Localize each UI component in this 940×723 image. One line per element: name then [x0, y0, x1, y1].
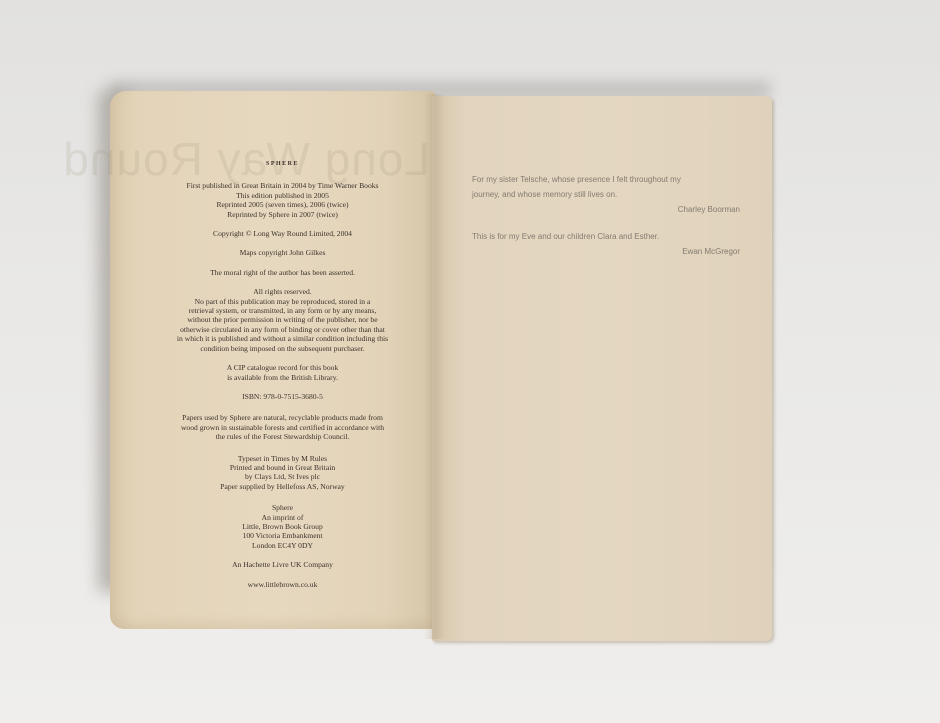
- company-line: An Hachette Livre UK Company: [145, 560, 420, 569]
- dedication-line: journey, and whose memory still lives on…: [472, 187, 740, 202]
- paper-line: the rules of the Forest Stewardship Coun…: [145, 432, 420, 441]
- copyright-line: Copyright © Long Way Round Limited, 2004: [145, 229, 420, 238]
- dedication-mcgregor: This is for my Eve and our children Clar…: [472, 229, 740, 259]
- imprint-text: SPHERE First published in Great Britain …: [145, 160, 420, 589]
- history-line: Reprinted by Sphere in 2007 (twice): [145, 210, 420, 219]
- maps-copyright: Maps copyright John Gilkes: [145, 248, 420, 257]
- cip-line: is available from the British Library.: [145, 373, 420, 382]
- history-line: This edition published in 2005: [145, 191, 420, 200]
- open-book: Long Way Round SPHERE First published in…: [0, 0, 940, 723]
- rights-line: No part of this publication may be repro…: [145, 297, 420, 306]
- dedication-line: This is for my Eve and our children Clar…: [472, 229, 740, 244]
- address-line: 100 Victoria Embankment: [145, 531, 420, 540]
- rights-line: condition being imposed on the subsequen…: [145, 344, 420, 353]
- moral-right: The moral right of the author has been a…: [145, 268, 420, 277]
- paper-line: Papers used by Sphere are natural, recyc…: [145, 413, 420, 422]
- publisher-mark: SPHERE: [145, 160, 420, 169]
- signature-ewan-mcgregor: Ewan McGregor: [472, 244, 740, 259]
- signature-charley-boorman: Charley Boorman: [472, 202, 740, 217]
- address-line: London EC4Y 0DY: [145, 541, 420, 550]
- cip-line: A CIP catalogue record for this book: [145, 363, 420, 372]
- isbn: ISBN: 978-0-7515-3680-5: [145, 392, 420, 401]
- address-line: Little, Brown Book Group: [145, 522, 420, 531]
- paper-line: wood grown in sustainable forests and ce…: [145, 423, 420, 432]
- production-credits: Typeset in Times by M Rules Printed and …: [145, 454, 420, 492]
- rights-notice: All rights reserved. No part of this pub…: [145, 287, 420, 353]
- production-line: Printed and bound in Great Britain: [145, 463, 420, 472]
- rights-line: retrieval system, or transmitted, in any…: [145, 306, 420, 315]
- rights-line: without the prior permission in writing …: [145, 315, 420, 324]
- paper-note: Papers used by Sphere are natural, recyc…: [145, 413, 420, 441]
- publication-history: First published in Great Britain in 2004…: [145, 181, 420, 219]
- history-line: First published in Great Britain in 2004…: [145, 181, 420, 190]
- production-line: Paper supplied by Hellefoss AS, Norway: [145, 482, 420, 491]
- rights-line: in which it is published and without a s…: [145, 334, 420, 343]
- history-line: Reprinted 2005 (seven times), 2006 (twic…: [145, 200, 420, 209]
- production-line: by Clays Ltd, St Ives plc: [145, 472, 420, 481]
- dedication-text: For my sister Telsche, whose presence I …: [472, 172, 740, 259]
- dedication-boorman: For my sister Telsche, whose presence I …: [472, 172, 740, 217]
- publisher-address: Sphere An imprint of Little, Brown Book …: [145, 503, 420, 550]
- address-line: Sphere: [145, 503, 420, 512]
- dedication-line: For my sister Telsche, whose presence I …: [472, 172, 740, 187]
- cip-record: A CIP catalogue record for this book is …: [145, 363, 420, 382]
- rights-line: otherwise circulated in any form of bind…: [145, 325, 420, 334]
- website: www.littlebrown.co.uk: [145, 580, 420, 589]
- rights-line: All rights reserved.: [145, 287, 420, 296]
- address-line: An imprint of: [145, 513, 420, 522]
- production-line: Typeset in Times by M Rules: [145, 454, 420, 463]
